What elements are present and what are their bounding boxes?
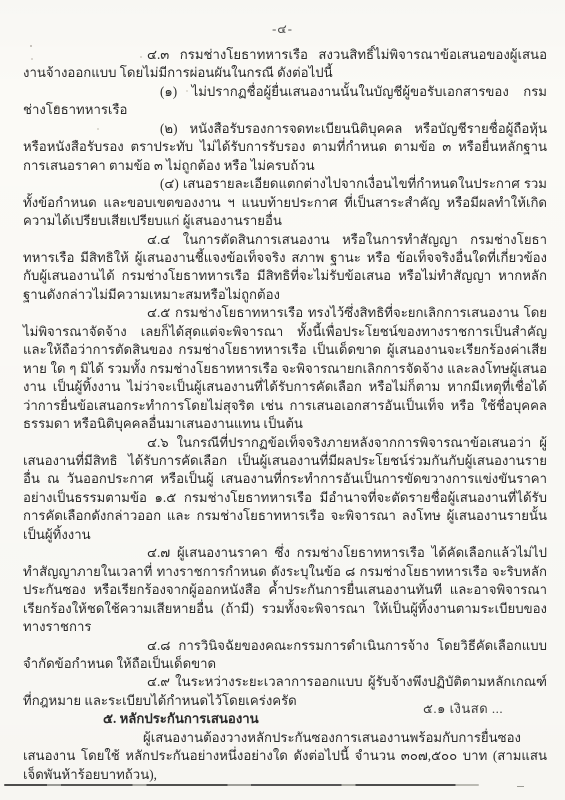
clause-4-8: ๔.๘ การวินิจฉัยของคณะกรรมการดำเนินการจ้า… bbox=[23, 637, 547, 674]
clause-4-6: ๔.๖ ในกรณีที่ปรากฏข้อเท็จจริงภายหลังจากก… bbox=[23, 434, 547, 545]
clause-4-3-item-4: (๔) เสนอรายละเอียดแตกต่างไปจากเงื่อนไขที… bbox=[23, 175, 547, 230]
scan-edge-artifact-tick bbox=[517, 786, 524, 787]
document-body: ๔.๓ กรมช่างโยธาทหารเรือ สงวนสิทธิ์ไม่พิจ… bbox=[23, 46, 547, 784]
clause-4-3-item-1: (๑) ไม่ปรากฏชื่อผู้ยื่นเสนองานนั้นในบัญช… bbox=[23, 83, 547, 120]
clause-4-7: ๔.๗ ผู้เสนองานราคา ซึ่ง กรมช่างโยธาทหารเ… bbox=[23, 544, 547, 636]
clause-4-3-item-2: (๒) หนังสือรับรองการจดทะเบียนนิติบุคคล ห… bbox=[23, 120, 547, 175]
clause-4-3: ๔.๓ กรมช่างโยธาทหารเรือ สงวนสิทธิ์ไม่พิจ… bbox=[23, 46, 547, 83]
clause-4-4: ๔.๔ ในการตัดสินการเสนองาน หรือในการทำสัญ… bbox=[23, 231, 547, 305]
scanned-document-page: -๔- ๔.๓ กรมช่างโยธาทหารเรือ สงวนสิทธิ์ไม… bbox=[0, 0, 565, 800]
page-number: -๔- bbox=[0, 19, 565, 39]
section-5-intro: ผู้เสนองานต้องวางหลักประกันซองการเสนองาน… bbox=[23, 729, 547, 784]
continuation-catchword: ๕.๑ เงินสด ... bbox=[423, 698, 503, 719]
clause-4-5: ๔.๕ กรมช่างโยธาทหารเรือ ทรงไว้ซึ่งสิทธิท… bbox=[23, 304, 547, 433]
scan-edge-artifact-line bbox=[4, 784, 479, 786]
scan-noise-specks bbox=[0, 0, 2, 2]
